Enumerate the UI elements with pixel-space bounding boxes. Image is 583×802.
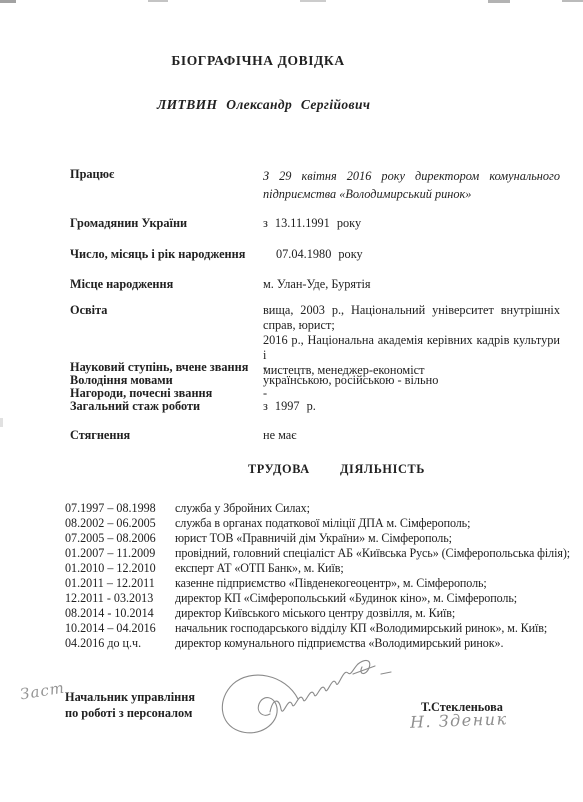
- employment-position: начальник господарського відділу КП «Вол…: [175, 621, 547, 636]
- employment-row: 12.2011 - 03.2013 директор КП «Сімферопо…: [0, 591, 583, 606]
- field-value-birth-date: 07.04.1980 року: [276, 247, 573, 262]
- scan-artifact: [0, 418, 3, 427]
- works-line-2: підприємства «Володимирський ринок»: [263, 185, 560, 203]
- employment-position: казенне підприємство «Південекогеоцентр»…: [175, 576, 487, 591]
- education-line-1: вища, 2003 р., Національний університет …: [263, 303, 560, 318]
- person-name: ЛИТВИН Олександр Сергійович: [157, 97, 370, 113]
- employment-row: 01.2010 – 12.2010 експерт АТ «ОТП Банк»,…: [0, 561, 583, 576]
- education-line-2: справ, юрист;: [263, 318, 560, 333]
- field-value-penalties: не має: [263, 428, 560, 443]
- signature-image: [213, 652, 403, 747]
- scan-artifact: [300, 0, 326, 2]
- scan-artifact: [562, 0, 583, 2]
- page-title: БІОГРАФІЧНА ДОВІДКА: [0, 53, 516, 69]
- employment-period: 07.2005 – 08.2006: [65, 531, 156, 546]
- field-value-citizen: з 13.11.1991 року: [263, 216, 560, 231]
- scan-artifact: [0, 0, 16, 3]
- field-label-citizen: Громадянин України: [70, 216, 187, 231]
- employment-period: 07.1997 – 08.1998: [65, 501, 156, 516]
- handwritten-note: Заст: [19, 679, 66, 704]
- biographical-certificate-page: БІОГРАФІЧНА ДОВІДКА ЛИТВИН Олександр Сер…: [0, 0, 583, 802]
- employment-position: директор Київського міського центру дозв…: [175, 606, 455, 621]
- employment-row: 08.2014 - 10.2014 директор Київського мі…: [0, 606, 583, 621]
- field-value-experience: з 1997 р.: [263, 399, 560, 414]
- field-value-birth-place: м. Улан-Уде, Бурятія: [263, 277, 560, 292]
- section-heading-part2: ДІЯЛЬНІСТЬ: [340, 462, 425, 477]
- employment-position: експерт АТ «ОТП Банк», м. Київ;: [175, 561, 344, 576]
- employment-row: 04.2016 до ц.ч. директор комунального пі…: [0, 636, 583, 651]
- field-label-birth-place: Місце народження: [70, 277, 173, 292]
- employment-period: 01.2007 – 11.2009: [65, 546, 155, 561]
- field-label-birth-date: Число, місяць і рік народження: [70, 247, 245, 262]
- handwritten-signature-name: Н. Зденик: [410, 709, 508, 731]
- field-value-works: З 29 квітня 2016 року директором комунал…: [263, 167, 560, 203]
- employment-position: директор комунального підприємства «Воло…: [175, 636, 503, 651]
- employment-period: 12.2011 - 03.2013: [65, 591, 153, 606]
- employment-row: 01.2007 – 11.2009 провідний, головний сп…: [0, 546, 583, 561]
- employment-period: 08.2002 – 06.2005: [65, 516, 156, 531]
- employment-period: 04.2016 до ц.ч.: [65, 636, 141, 651]
- officer-title-line1: Начальник управління: [65, 690, 195, 705]
- field-label-works: Працює: [70, 167, 114, 182]
- field-label-experience: Загальний стаж роботи: [70, 399, 200, 414]
- section-heading-part1: ТРУДОВА: [248, 462, 310, 477]
- officer-title-line2: по роботі з персоналом: [65, 706, 192, 721]
- employment-period: 10.2014 – 04.2016: [65, 621, 156, 636]
- employment-row: 07.1997 – 08.1998 служба у Збройних Сила…: [0, 501, 583, 516]
- employment-position: служба у Збройних Силах;: [175, 501, 310, 516]
- employment-position: провідний, головний спеціаліст АБ «Київс…: [175, 546, 570, 561]
- employment-position: юрист ТОВ «Правничій дім України» м. Сім…: [175, 531, 452, 546]
- employment-row: 07.2005 – 08.2006 юрист ТОВ «Правничій д…: [0, 531, 583, 546]
- employment-period: 01.2010 – 12.2010: [65, 561, 156, 576]
- employment-row: 10.2014 – 04.2016 начальник господарсько…: [0, 621, 583, 636]
- employment-row: 01.2011 – 12.2011 казенне підприємство «…: [0, 576, 583, 591]
- field-label-penalties: Стягнення: [70, 428, 130, 443]
- works-line-1: З 29 квітня 2016 року директором комунал…: [263, 167, 560, 185]
- employment-period: 08.2014 - 10.2014: [65, 606, 154, 621]
- employment-period: 01.2011 – 12.2011: [65, 576, 155, 591]
- employment-row: 08.2002 – 06.2005 служба в органах подат…: [0, 516, 583, 531]
- employment-position: служба в органах податкової міліції ДПА …: [175, 516, 470, 531]
- employment-position: директор КП «Сімферопольський «Будинок к…: [175, 591, 517, 606]
- education-line-3: 2016 р., Національна академія керівних к…: [263, 333, 560, 363]
- scan-artifact: [488, 0, 510, 3]
- field-label-education: Освіта: [70, 303, 107, 318]
- scan-artifact: [148, 0, 168, 2]
